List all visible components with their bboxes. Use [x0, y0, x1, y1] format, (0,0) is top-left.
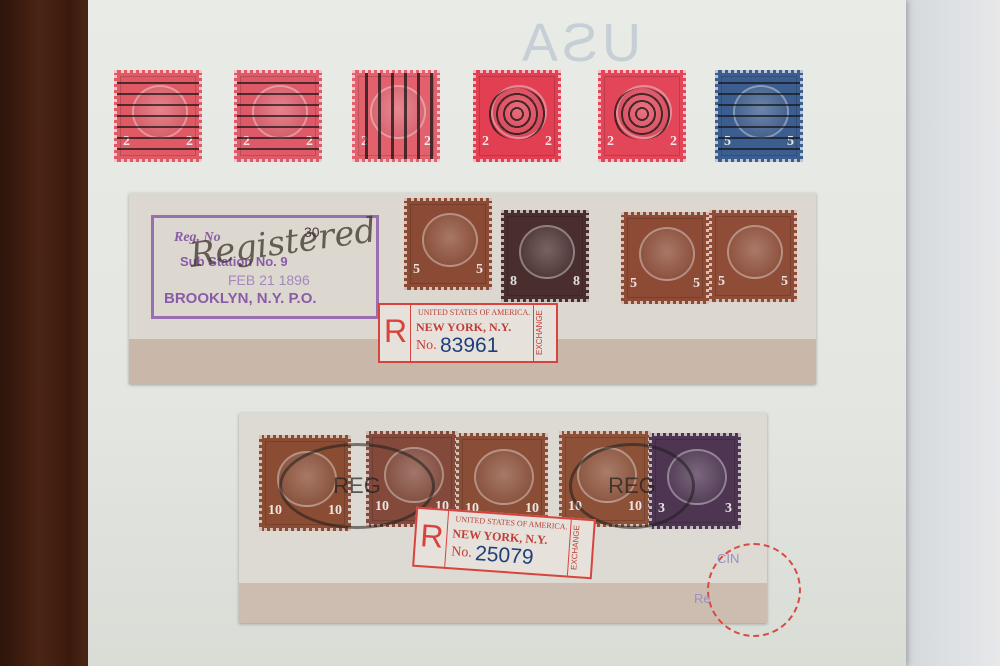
stamp-denomination: 5	[781, 274, 788, 290]
reg-letter: R	[384, 313, 407, 350]
cancellation	[613, 88, 670, 140]
stamp: 88	[501, 210, 589, 302]
stamp: 22	[114, 70, 202, 162]
registration-label-2: R UNITED STATES OF AMERICA. NEW YORK, N.…	[412, 507, 596, 579]
stamp-portrait	[639, 227, 695, 281]
stamp-denomination: 5	[413, 262, 420, 278]
stamp: 22	[234, 70, 322, 162]
reg-letter: R	[419, 517, 445, 556]
stamp: 55	[621, 212, 709, 304]
reg-no-prefix: No.	[416, 338, 437, 354]
faint-postmark-text: CIN	[717, 551, 739, 566]
cancellation	[355, 73, 437, 159]
stamp-portrait	[519, 225, 575, 279]
album-page: USA 222222222255 Reg. No 30 Sub Station …	[88, 0, 906, 666]
reg-serial: 83961	[440, 334, 498, 358]
pencil-note: USA	[518, 12, 641, 74]
postmark-text: REG	[608, 473, 656, 499]
stamp: 22	[352, 70, 440, 162]
cover-band	[239, 583, 767, 623]
stamp-denomination: 5	[476, 262, 483, 278]
stamp-denomination: 2	[482, 134, 489, 150]
divider	[410, 305, 411, 361]
stamp-denomination: 5	[718, 274, 725, 290]
stamp-denomination: 3	[725, 501, 732, 517]
stamp: 55	[709, 210, 797, 302]
cover-fragment-2: 101010101010101033 REG REG R UNITED STAT…	[239, 413, 767, 623]
stamp: 22	[473, 70, 561, 162]
divider	[444, 511, 449, 567]
stamp: 22	[598, 70, 686, 162]
cancellation	[237, 73, 319, 159]
stamp-portrait	[727, 225, 783, 279]
stamp-portrait	[474, 449, 533, 505]
stamp-denomination: 8	[573, 274, 580, 290]
stamp-denomination: 2	[545, 134, 552, 150]
oval-postmark-1: REG	[279, 443, 435, 529]
faint-postmark-text: Re	[694, 591, 711, 606]
reg-serial: 25079	[474, 542, 534, 570]
wooden-table-background	[0, 0, 100, 666]
cancellation	[488, 88, 545, 140]
reg-city: NEW YORK, N.Y.	[416, 320, 511, 335]
stamp: 55	[715, 70, 803, 162]
stamp-denomination: 2	[607, 134, 614, 150]
handstamp-city: BROOKLYN, N.Y. P.O.	[164, 290, 317, 307]
stamp-denomination: 5	[693, 276, 700, 292]
registration-label-1: R UNITED STATES OF AMERICA. NEW YORK, N.…	[378, 303, 558, 363]
postmark-text: REG	[333, 473, 381, 499]
cancellation	[718, 73, 800, 159]
reg-exchange: EXCHANGE	[569, 520, 593, 577]
reg-exchange: EXCHANGE	[535, 305, 555, 361]
stamp: 55	[404, 198, 492, 290]
divider	[533, 305, 534, 361]
stamp-portrait	[422, 213, 478, 267]
cover-fragment-1: Reg. No 30 Sub Station No. 9 FEB 21 1896…	[129, 193, 816, 384]
stamp-denomination: 2	[670, 134, 677, 150]
stamp-denomination: 5	[630, 276, 637, 292]
oval-postmark-2: REG	[569, 443, 695, 529]
cancellation	[117, 73, 199, 159]
stamp-denomination: 8	[510, 274, 517, 290]
reg-header: UNITED STATES OF AMERICA.	[418, 308, 530, 317]
reg-no-prefix: No.	[451, 544, 473, 561]
stamp-denomination: 10	[268, 503, 282, 519]
handstamp-date: FEB 21 1896	[228, 272, 310, 288]
